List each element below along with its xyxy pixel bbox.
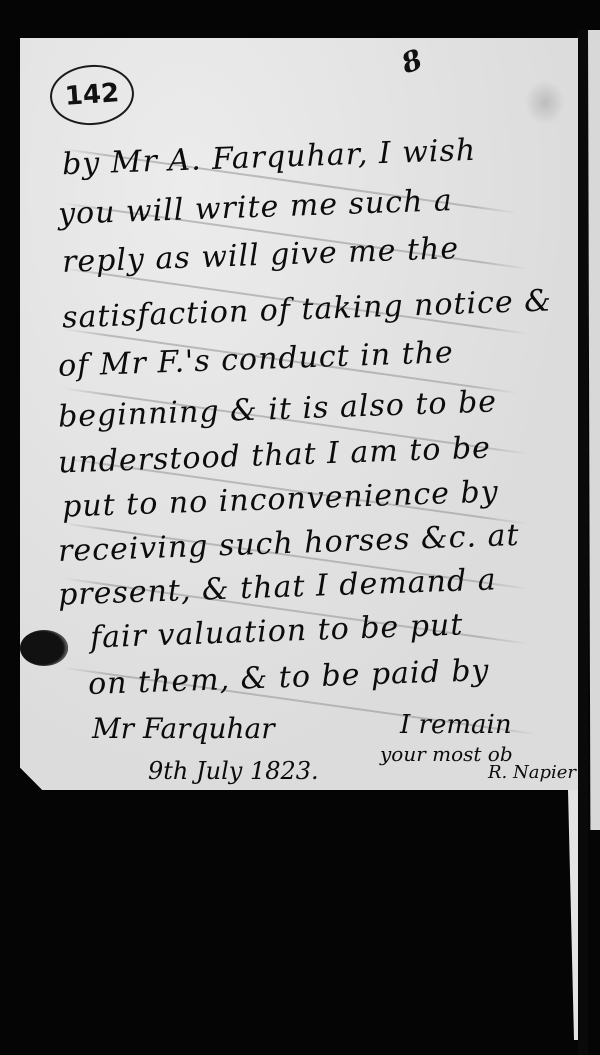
- punch-hole: [20, 630, 68, 666]
- closing: I remain: [400, 710, 512, 740]
- letter-date: 9th July 1823.: [148, 757, 319, 785]
- adjacent-page-edge: [568, 790, 578, 1040]
- addressee: Mr Farquhar: [92, 712, 275, 745]
- film-divider: [578, 30, 588, 1055]
- ink-smudge: [525, 80, 565, 125]
- signature: R. Napier: [488, 762, 576, 783]
- adjacent-page-strip: [588, 30, 600, 830]
